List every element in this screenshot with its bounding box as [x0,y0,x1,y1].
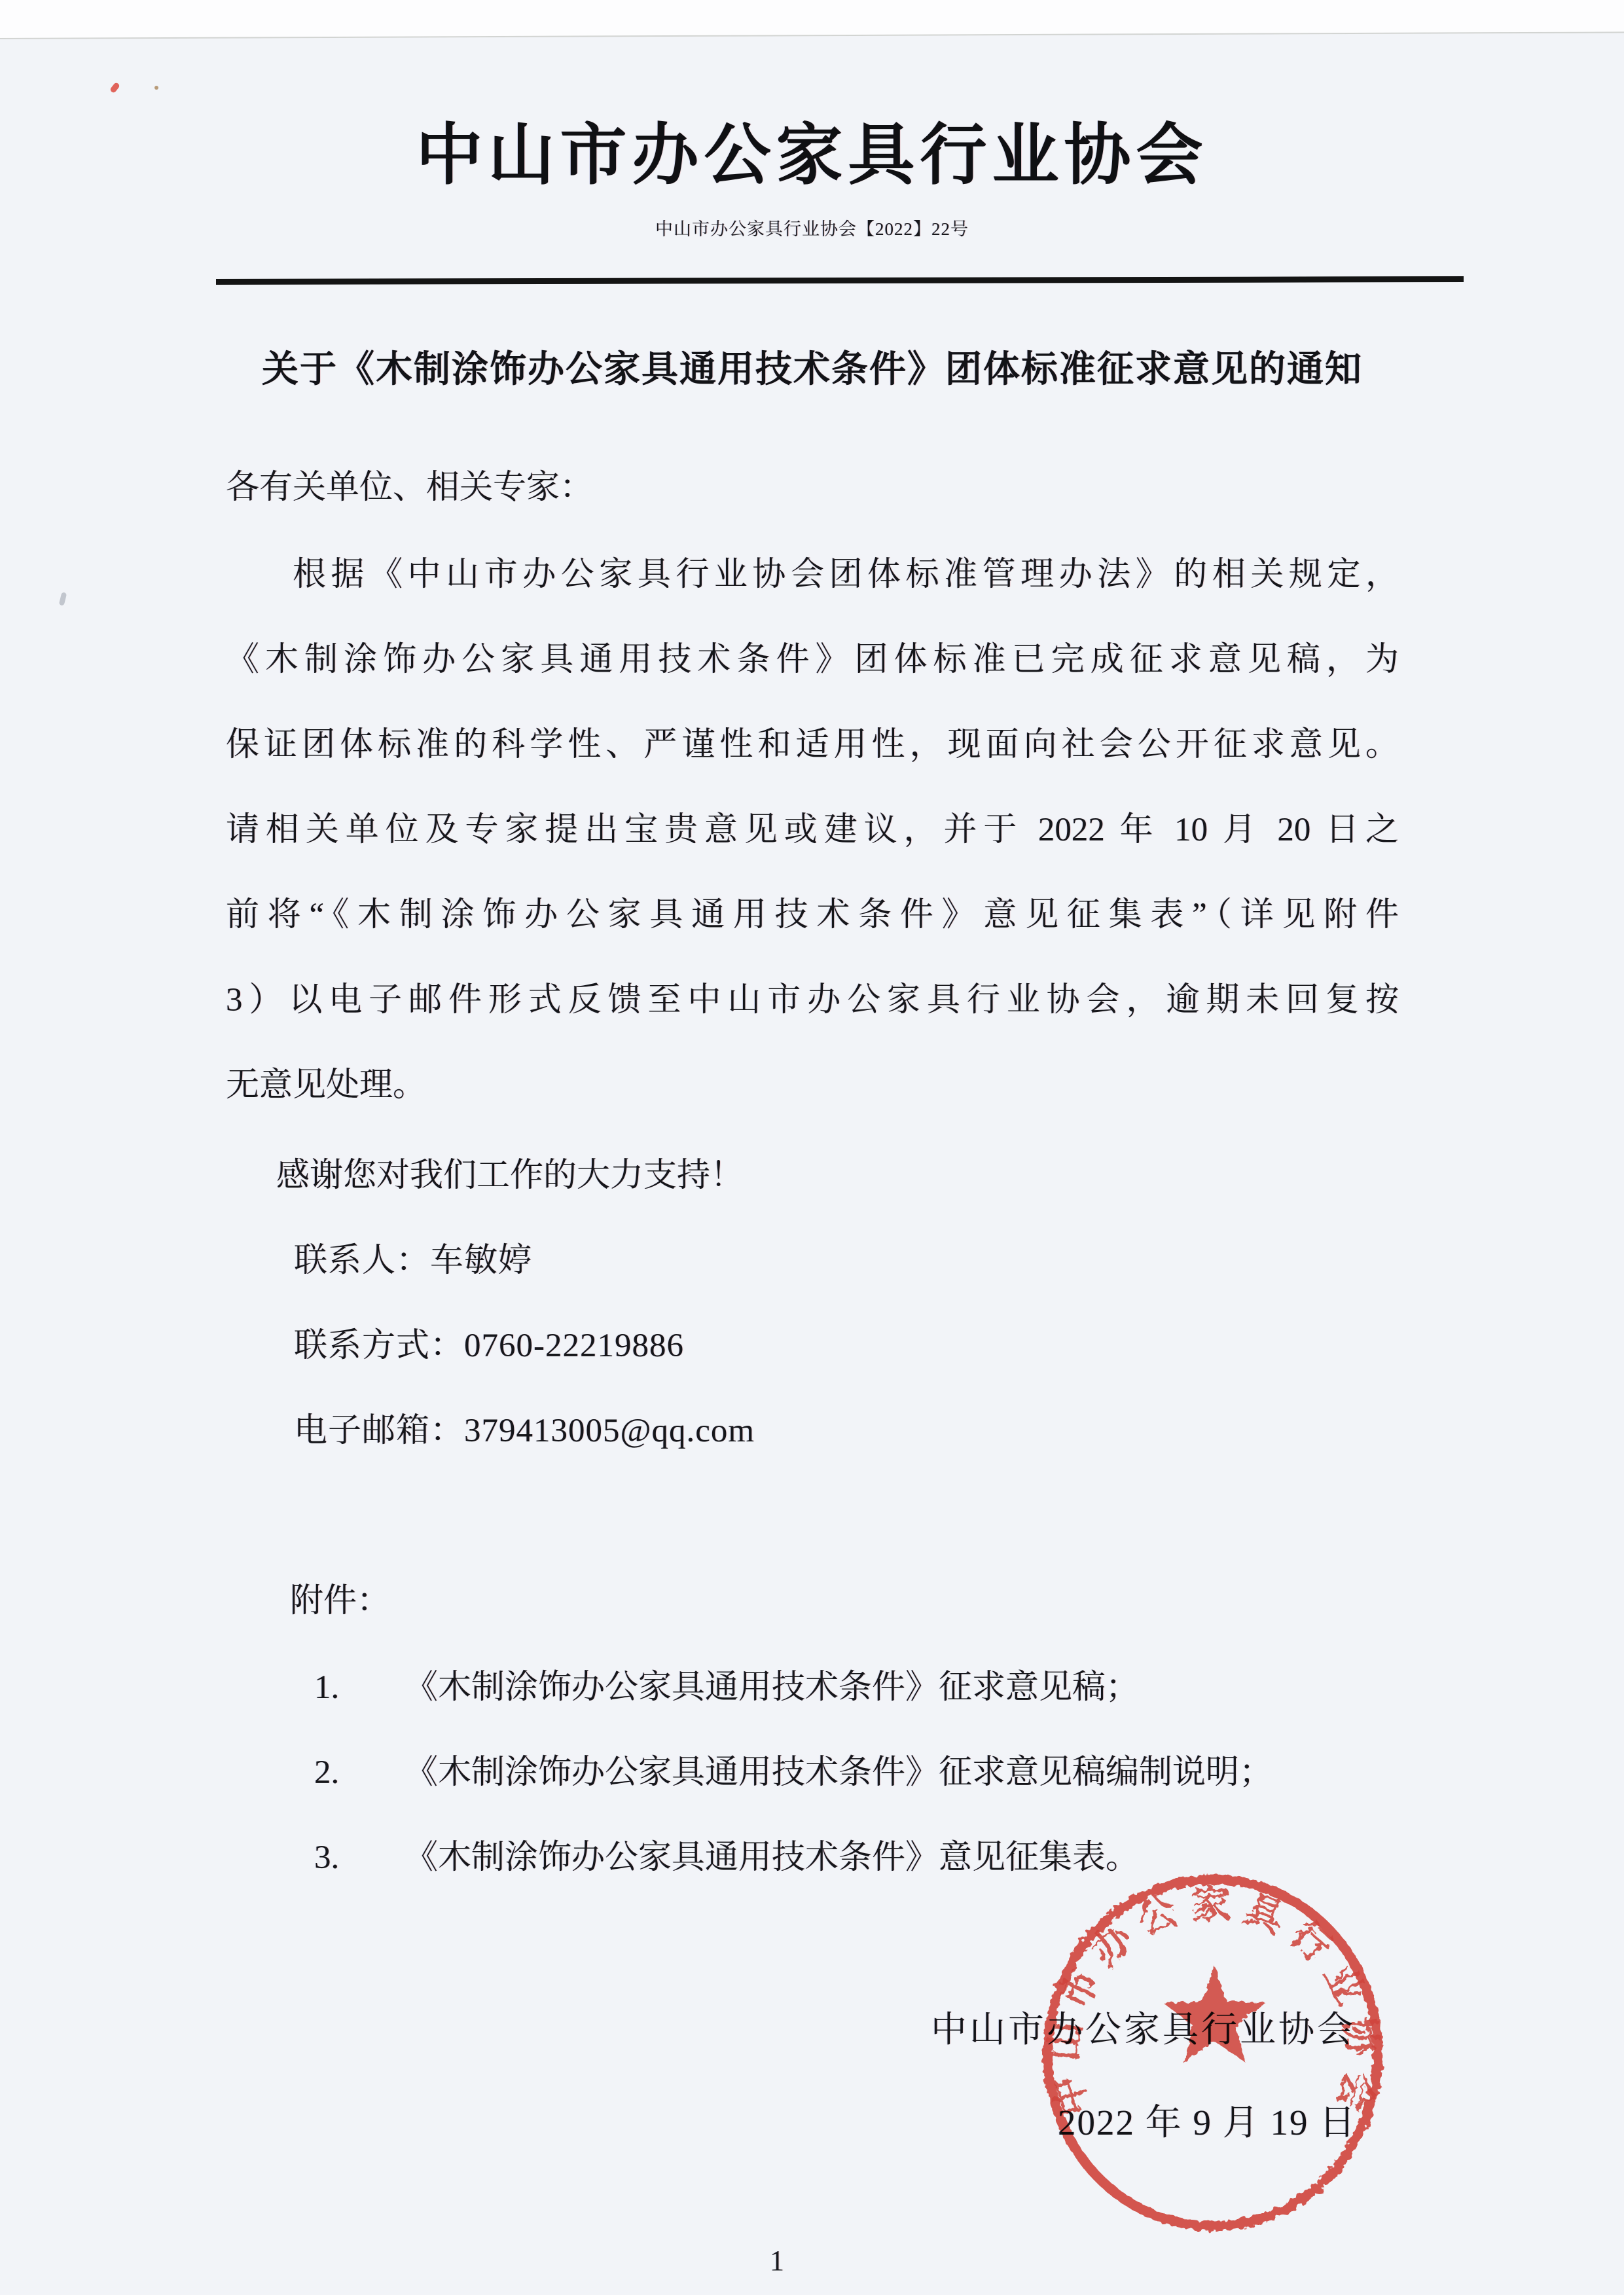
page-number: 1 [770,2244,784,2277]
body-line: 《木制涂饰办公家具通用技术条件》团体标准已完成征求意见稿，为 [226,638,1399,681]
contact-email-line: 电子邮箱：379413005@qq.com [294,1409,755,1453]
document-reference-number: 中山市办公家具行业协会【2022】22号 [0,215,1624,240]
body-line: 请相关单位及专家提出宝贵意见或建议，并于 2022 年 10 月 20 日之 [226,808,1399,852]
attachment-text: 《木制涂饰办公家具通用技术条件》意见征集表。 [405,1839,1139,1876]
contact-person-line: 联系人：车敏婷 [294,1239,532,1282]
attachment-text: 《木制涂饰办公家具通用技术条件》征求意见稿编制说明； [405,1754,1272,1791]
notice-subject-heading: 关于《木制涂饰办公家具通用技术条件》团体标准征求意见的通知 [226,340,1399,393]
scan-speck [109,82,120,94]
letterhead-divider-rule [216,276,1464,285]
scan-speck [154,86,158,90]
scanner-edge [0,0,1624,39]
body-line: 前将“《木制涂饰办公家具通用技术条件》意见征集表”（详见附件 [226,894,1399,937]
thanks-line: 感谢您对我们工作的大力支持！ [276,1154,744,1197]
attachment-number: 1. [314,1666,405,1709]
scan-speck [59,592,67,605]
body-line: 3）以电子邮件形式反馈至中山市办公家具行业协会，逾期未回复按 [226,979,1399,1022]
attachment-item: 3.《木制涂饰办公家具通用技术条件》意见征集表。 [314,1836,1139,1879]
body-line: 保证团体标准的科学性、严谨性和适用性，现面向社会公开征求意见。 [226,723,1399,767]
attachment-text: 《木制涂饰办公家具通用技术条件》征求意见稿； [405,1669,1139,1706]
contact-phone-line: 联系方式：0760-22219886 [294,1324,684,1367]
scanned-notice-page: 中山市办公家具行业协会 中山市办公家具行业协会【2022】22号 关于《木制涂饰… [0,0,1624,2295]
body-line: 根据《中山市办公家具行业协会团体标准管理办法》的相关规定， [226,553,1399,596]
attachment-number: 2. [314,1751,405,1794]
attachments-heading: 附件： [290,1580,390,1623]
salutation-line: 各有关单位、相关专家： [226,466,593,509]
attachment-number: 3. [314,1836,405,1879]
attachment-item: 2.《木制涂饰办公家具通用技术条件》征求意见稿编制说明； [314,1751,1272,1794]
seal-star-icon [1163,1966,1265,2063]
association-letterhead-title: 中山市办公家具行业协会 [0,102,1624,198]
attachment-item: 1.《木制涂饰办公家具通用技术条件》征求意见稿； [314,1666,1139,1709]
official-red-seal-stamp: 中山市办公家具行业协会 [1034,1869,1401,2235]
body-line: 无意见处理。 [226,1064,1399,1107]
